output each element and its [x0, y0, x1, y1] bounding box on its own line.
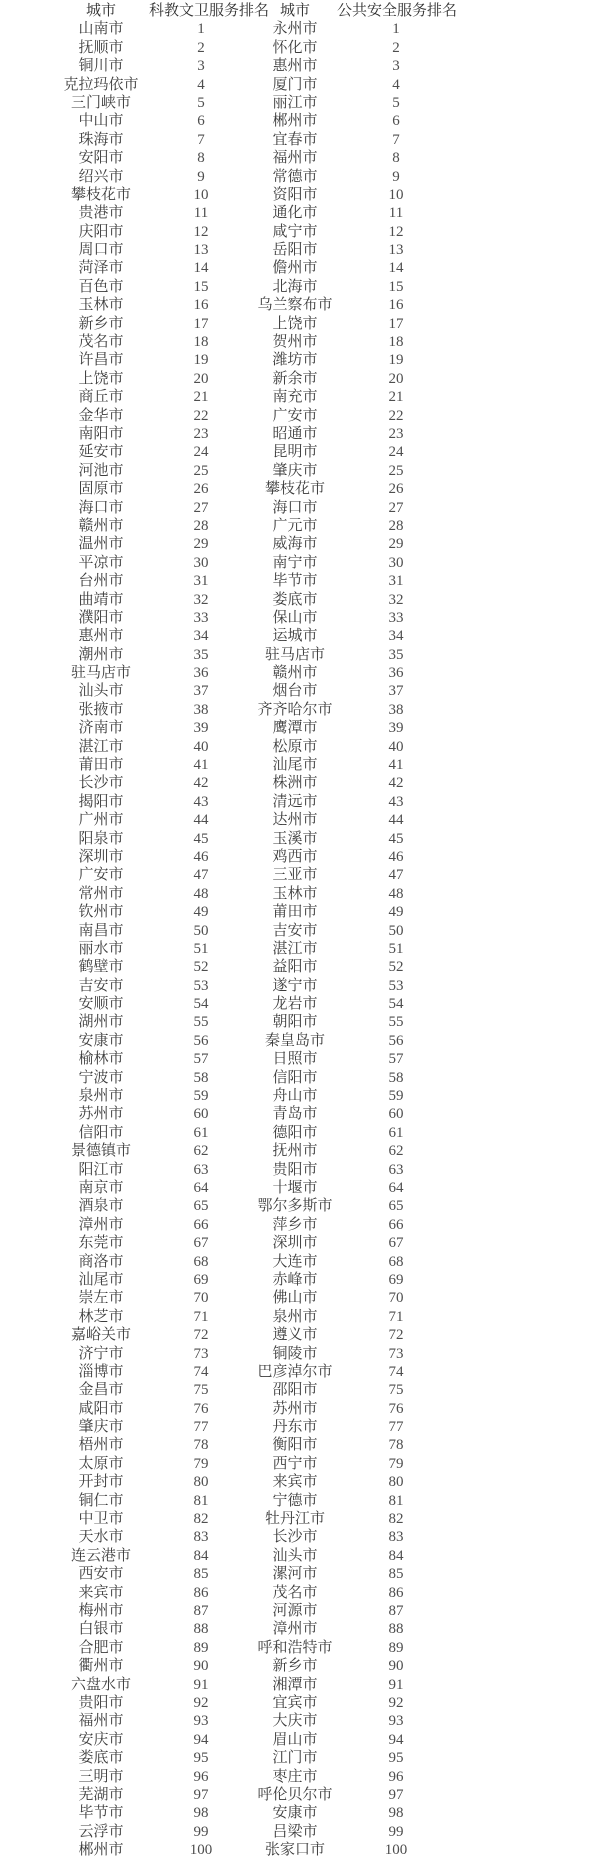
city-left-cell: 漳州市 [53, 1216, 149, 1234]
public-safety-rank-cell: 31 [337, 572, 455, 590]
table-row: 常州市 48 玉林市 48 [53, 885, 600, 903]
city-left-cell: 云浮市 [53, 1823, 149, 1841]
sci-edu-rank-cell: 17 [149, 315, 253, 333]
sci-edu-rank-cell: 87 [149, 1602, 253, 1620]
city-right-cell: 枣庄市 [253, 1768, 337, 1786]
city-left-cell: 嘉峪关市 [53, 1326, 149, 1344]
sci-edu-rank-cell: 16 [149, 296, 253, 314]
city-right-cell: 湛江市 [253, 940, 337, 958]
sci-edu-rank-cell: 25 [149, 462, 253, 480]
public-safety-rank-cell: 70 [337, 1289, 455, 1307]
table-row: 南阳市 23 昭通市 23 [53, 425, 600, 443]
sci-edu-rank-cell: 9 [149, 168, 253, 186]
table-row: 漳州市 66 萍乡市 66 [53, 1216, 600, 1234]
city-left-cell: 山南市 [53, 20, 149, 38]
city-left-cell: 南昌市 [53, 922, 149, 940]
city-left-cell: 上饶市 [53, 370, 149, 388]
table-row: 济宁市 73 铜陵市 73 [53, 1345, 600, 1363]
sci-edu-rank-cell: 44 [149, 811, 253, 829]
city-right-cell: 昭通市 [253, 425, 337, 443]
table-row: 贵港市 11 通化市 11 [53, 204, 600, 222]
sci-edu-rank-cell: 11 [149, 204, 253, 222]
city-left-cell: 苏州市 [53, 1105, 149, 1123]
public-safety-rank-cell: 81 [337, 1492, 455, 1510]
public-safety-rank-cell: 63 [337, 1161, 455, 1179]
sci-edu-rank-cell: 81 [149, 1492, 253, 1510]
city-ranking-table: 城市 科教文卫服务排名 城市 公共安全服务排名 山南市 1 永州市 1 抚顺市 … [0, 0, 600, 1864]
city-left-cell: 贵阳市 [53, 1694, 149, 1712]
city-left-cell: 济南市 [53, 719, 149, 737]
public-safety-rank-cell: 26 [337, 480, 455, 498]
sci-edu-rank-cell: 93 [149, 1712, 253, 1730]
sci-edu-rank-cell: 60 [149, 1105, 253, 1123]
city-right-cell: 龙岩市 [253, 995, 337, 1013]
city-left-cell: 铜仁市 [53, 1492, 149, 1510]
table-row: 福州市 93 大庆市 93 [53, 1712, 600, 1730]
city-right-cell: 江门市 [253, 1749, 337, 1767]
city-right-cell: 张家口市 [253, 1841, 337, 1859]
table-row: 梧州市 78 衡阳市 78 [53, 1436, 600, 1454]
sci-edu-rank-cell: 73 [149, 1345, 253, 1363]
public-safety-rank-cell: 17 [337, 315, 455, 333]
sci-edu-rank-cell: 75 [149, 1381, 253, 1399]
sci-edu-rank-cell: 77 [149, 1418, 253, 1436]
table-header-row: 城市 科教文卫服务排名 城市 公共安全服务排名 [53, 2, 600, 20]
city-left-cell: 攀枝花市 [53, 186, 149, 204]
city-left-cell: 三门峡市 [53, 94, 149, 112]
public-safety-rank-cell: 59 [337, 1087, 455, 1105]
sci-edu-rank-cell: 69 [149, 1271, 253, 1289]
city-left-cell: 福州市 [53, 1712, 149, 1730]
city-left-cell: 阳泉市 [53, 830, 149, 848]
city-left-cell: 台州市 [53, 572, 149, 590]
public-safety-rank-cell: 14 [337, 259, 455, 277]
public-safety-rank-cell: 23 [337, 425, 455, 443]
sci-edu-rank-cell: 31 [149, 572, 253, 590]
city-right-cell: 来宾市 [253, 1473, 337, 1491]
sci-edu-rank-cell: 91 [149, 1676, 253, 1694]
public-safety-rank-cell: 44 [337, 811, 455, 829]
table-row: 许昌市 19 潍坊市 19 [53, 351, 600, 369]
public-safety-rank-cell: 78 [337, 1436, 455, 1454]
table-row: 安顺市 54 龙岩市 54 [53, 995, 600, 1013]
table-row: 克拉玛依市 4 厦门市 4 [53, 76, 600, 94]
sci-edu-rank-cell: 4 [149, 76, 253, 94]
sci-edu-rank-cell: 6 [149, 112, 253, 130]
city-right-cell: 日照市 [253, 1050, 337, 1068]
public-safety-rank-cell: 41 [337, 756, 455, 774]
city-left-cell: 济宁市 [53, 1345, 149, 1363]
public-safety-rank-cell: 100 [337, 1841, 455, 1859]
public-safety-rank-cell: 40 [337, 738, 455, 756]
city-left-cell: 长沙市 [53, 774, 149, 792]
sci-edu-rank-cell: 18 [149, 333, 253, 351]
table-row: 周口市 13 岳阳市 13 [53, 241, 600, 259]
city-right-cell: 娄底市 [253, 591, 337, 609]
sci-edu-rank-cell: 78 [149, 1436, 253, 1454]
public-safety-rank-cell: 6 [337, 112, 455, 130]
table-row: 贵阳市 92 宜宾市 92 [53, 1694, 600, 1712]
table-row: 茂名市 18 贺州市 18 [53, 333, 600, 351]
city-right-cell: 玉溪市 [253, 830, 337, 848]
table-row: 太原市 79 西宁市 79 [53, 1455, 600, 1473]
sci-edu-rank-cell: 36 [149, 664, 253, 682]
city-left-cell: 榆林市 [53, 1050, 149, 1068]
table-row: 庆阳市 12 咸宁市 12 [53, 223, 600, 241]
city-right-cell: 遂宁市 [253, 977, 337, 995]
city-left-cell: 揭阳市 [53, 793, 149, 811]
public-safety-rank-cell: 88 [337, 1620, 455, 1638]
table-row: 济南市 39 鹰潭市 39 [53, 719, 600, 737]
table-row: 娄底市 95 江门市 95 [53, 1749, 600, 1767]
sci-edu-rank-cell: 37 [149, 682, 253, 700]
table-row: 菏泽市 14 儋州市 14 [53, 259, 600, 277]
city-right-cell: 儋州市 [253, 259, 337, 277]
public-safety-rank-cell: 18 [337, 333, 455, 351]
city-left-cell: 阳江市 [53, 1161, 149, 1179]
public-safety-rank-cell: 67 [337, 1234, 455, 1252]
public-safety-rank-cell: 51 [337, 940, 455, 958]
sci-edu-rank-cell: 45 [149, 830, 253, 848]
city-left-cell: 安康市 [53, 1032, 149, 1050]
sci-edu-rank-cell: 56 [149, 1032, 253, 1050]
table-row: 潮州市 35 驻马店市 35 [53, 646, 600, 664]
table-row: 上饶市 20 新余市 20 [53, 370, 600, 388]
sci-edu-rank-cell: 1 [149, 20, 253, 38]
sci-edu-rank-cell: 90 [149, 1657, 253, 1675]
table-row: 衢州市 90 新乡市 90 [53, 1657, 600, 1675]
city-right-cell: 十堰市 [253, 1179, 337, 1197]
sci-edu-rank-cell: 79 [149, 1455, 253, 1473]
table-row: 赣州市 28 广元市 28 [53, 517, 600, 535]
city-right-cell: 玉林市 [253, 885, 337, 903]
city-right-cell: 呼和浩特市 [253, 1639, 337, 1657]
public-safety-rank-cell: 12 [337, 223, 455, 241]
table-row: 中山市 6 郴州市 6 [53, 112, 600, 130]
table-row: 安阳市 8 福州市 8 [53, 149, 600, 167]
city-right-cell: 泉州市 [253, 1308, 337, 1326]
public-safety-rank-cell: 52 [337, 958, 455, 976]
city-right-cell: 驻马店市 [253, 646, 337, 664]
public-safety-rank-cell: 96 [337, 1768, 455, 1786]
sci-edu-rank-cell: 70 [149, 1289, 253, 1307]
city-left-cell: 玉林市 [53, 296, 149, 314]
city-right-cell: 岳阳市 [253, 241, 337, 259]
city-right-cell: 昆明市 [253, 443, 337, 461]
public-safety-rank-cell: 4 [337, 76, 455, 94]
city-left-cell: 安顺市 [53, 995, 149, 1013]
sci-edu-rank-cell: 74 [149, 1363, 253, 1381]
public-safety-rank-cell: 33 [337, 609, 455, 627]
city-left-cell: 抚顺市 [53, 39, 149, 57]
public-safety-rank-cell: 54 [337, 995, 455, 1013]
table-row: 中卫市 82 牡丹江市 82 [53, 1510, 600, 1528]
table-row: 林芝市 71 泉州市 71 [53, 1308, 600, 1326]
public-safety-rank-cell: 55 [337, 1013, 455, 1031]
city-left-cell: 淄博市 [53, 1363, 149, 1381]
city-right-cell: 资阳市 [253, 186, 337, 204]
public-safety-rank-cell: 36 [337, 664, 455, 682]
public-safety-rank-cell: 3 [337, 57, 455, 75]
sci-edu-rank-cell: 65 [149, 1197, 253, 1215]
public-safety-rank-cell: 64 [337, 1179, 455, 1197]
table-row: 广安市 47 三亚市 47 [53, 866, 600, 884]
public-safety-rank-cell: 20 [337, 370, 455, 388]
city-right-cell: 舟山市 [253, 1087, 337, 1105]
public-safety-rank-cell: 99 [337, 1823, 455, 1841]
table-row: 河池市 25 肇庆市 25 [53, 462, 600, 480]
table-row: 安庆市 94 眉山市 94 [53, 1731, 600, 1749]
city-left-cell: 驻马店市 [53, 664, 149, 682]
city-right-cell: 抚州市 [253, 1142, 337, 1160]
city-left-cell: 固原市 [53, 480, 149, 498]
city-right-cell: 齐齐哈尔市 [253, 701, 337, 719]
table-row: 湛江市 40 松原市 40 [53, 738, 600, 756]
city-left-cell: 安阳市 [53, 149, 149, 167]
city-right-cell: 青岛市 [253, 1105, 337, 1123]
sci-edu-rank-cell: 82 [149, 1510, 253, 1528]
sci-edu-rank-cell: 47 [149, 866, 253, 884]
public-safety-rank-cell: 27 [337, 499, 455, 517]
city-right-cell: 新余市 [253, 370, 337, 388]
city-right-cell: 达州市 [253, 811, 337, 829]
city-left-cell: 中山市 [53, 112, 149, 130]
city-right-cell: 株洲市 [253, 774, 337, 792]
city-right-cell: 运城市 [253, 627, 337, 645]
public-safety-rank-cell: 24 [337, 443, 455, 461]
sci-edu-rank-cell: 29 [149, 535, 253, 553]
table-row: 三门峡市 5 丽江市 5 [53, 94, 600, 112]
table-row: 铜仁市 81 宁德市 81 [53, 1492, 600, 1510]
city-left-cell: 安庆市 [53, 1731, 149, 1749]
city-right-cell: 新乡市 [253, 1657, 337, 1675]
city-right-cell: 鹰潭市 [253, 719, 337, 737]
public-safety-rank-cell: 1 [337, 20, 455, 38]
public-safety-rank-cell: 84 [337, 1547, 455, 1565]
table-row: 驻马店市 36 赣州市 36 [53, 664, 600, 682]
table-row: 珠海市 7 宜春市 7 [53, 131, 600, 149]
public-safety-rank-cell: 47 [337, 866, 455, 884]
city-left-cell: 开封市 [53, 1473, 149, 1491]
city-left-cell: 新乡市 [53, 315, 149, 333]
city-right-cell: 河源市 [253, 1602, 337, 1620]
sci-edu-rank-cell: 50 [149, 922, 253, 940]
table-row: 天水市 83 长沙市 83 [53, 1528, 600, 1546]
table-row: 三明市 96 枣庄市 96 [53, 1768, 600, 1786]
city-left-cell: 惠州市 [53, 627, 149, 645]
city-right-cell: 汕头市 [253, 1547, 337, 1565]
city-right-cell: 眉山市 [253, 1731, 337, 1749]
sci-edu-rank-cell: 80 [149, 1473, 253, 1491]
public-safety-rank-cell: 97 [337, 1786, 455, 1804]
sci-edu-rank-cell: 84 [149, 1547, 253, 1565]
sci-edu-rank-cell: 21 [149, 388, 253, 406]
public-safety-rank-cell: 60 [337, 1105, 455, 1123]
city-right-cell: 潍坊市 [253, 351, 337, 369]
sci-edu-rank-cell: 62 [149, 1142, 253, 1160]
table-row: 深圳市 46 鸡西市 46 [53, 848, 600, 866]
table-row: 曲靖市 32 娄底市 32 [53, 591, 600, 609]
header-public-safety-rank: 公共安全服务排名 [337, 2, 455, 20]
city-left-cell: 合肥市 [53, 1639, 149, 1657]
city-left-cell: 潮州市 [53, 646, 149, 664]
city-right-cell: 丽江市 [253, 94, 337, 112]
city-left-cell: 张掖市 [53, 701, 149, 719]
sci-edu-rank-cell: 13 [149, 241, 253, 259]
city-left-cell: 商洛市 [53, 1253, 149, 1271]
public-safety-rank-cell: 85 [337, 1565, 455, 1583]
table-row: 榆林市 57 日照市 57 [53, 1050, 600, 1068]
city-left-cell: 金昌市 [53, 1381, 149, 1399]
city-left-cell: 咸阳市 [53, 1400, 149, 1418]
city-left-cell: 中卫市 [53, 1510, 149, 1528]
city-left-cell: 娄底市 [53, 1749, 149, 1767]
city-right-cell: 郴州市 [253, 112, 337, 130]
public-safety-rank-cell: 21 [337, 388, 455, 406]
public-safety-rank-cell: 95 [337, 1749, 455, 1767]
header-sci-edu-culture-health-rank: 科教文卫服务排名 [149, 2, 253, 20]
sci-edu-rank-cell: 76 [149, 1400, 253, 1418]
sci-edu-rank-cell: 52 [149, 958, 253, 976]
city-right-cell: 常德市 [253, 168, 337, 186]
public-safety-rank-cell: 16 [337, 296, 455, 314]
city-right-cell: 南充市 [253, 388, 337, 406]
city-left-cell: 珠海市 [53, 131, 149, 149]
table-row: 鹤壁市 52 益阳市 52 [53, 958, 600, 976]
table-row: 百色市 15 北海市 15 [53, 278, 600, 296]
city-right-cell: 威海市 [253, 535, 337, 553]
sci-edu-rank-cell: 27 [149, 499, 253, 517]
city-left-cell: 景德镇市 [53, 1142, 149, 1160]
table-row: 连云港市 84 汕头市 84 [53, 1547, 600, 1565]
city-right-cell: 丹东市 [253, 1418, 337, 1436]
public-safety-rank-cell: 32 [337, 591, 455, 609]
sci-edu-rank-cell: 100 [149, 1841, 253, 1859]
city-right-cell: 漳州市 [253, 1620, 337, 1638]
city-left-cell: 崇左市 [53, 1289, 149, 1307]
table-row: 宁波市 58 信阳市 58 [53, 1069, 600, 1087]
city-right-cell: 佛山市 [253, 1289, 337, 1307]
sci-edu-rank-cell: 85 [149, 1565, 253, 1583]
sci-edu-rank-cell: 46 [149, 848, 253, 866]
sci-edu-rank-cell: 8 [149, 149, 253, 167]
sci-edu-rank-cell: 26 [149, 480, 253, 498]
public-safety-rank-cell: 8 [337, 149, 455, 167]
city-right-cell: 深圳市 [253, 1234, 337, 1252]
sci-edu-rank-cell: 54 [149, 995, 253, 1013]
table-row: 张掖市 38 齐齐哈尔市 38 [53, 701, 600, 719]
public-safety-rank-cell: 38 [337, 701, 455, 719]
city-right-cell: 安康市 [253, 1804, 337, 1822]
table-row: 濮阳市 33 保山市 33 [53, 609, 600, 627]
table-row: 汕尾市 69 赤峰市 69 [53, 1271, 600, 1289]
header-city-right: 城市 [253, 2, 337, 20]
public-safety-rank-cell: 76 [337, 1400, 455, 1418]
city-left-cell: 林芝市 [53, 1308, 149, 1326]
table-row: 梅州市 87 河源市 87 [53, 1602, 600, 1620]
city-left-cell: 绍兴市 [53, 168, 149, 186]
public-safety-rank-cell: 86 [337, 1584, 455, 1602]
city-left-cell: 平凉市 [53, 554, 149, 572]
sci-edu-rank-cell: 48 [149, 885, 253, 903]
city-left-cell: 鹤壁市 [53, 958, 149, 976]
city-left-cell: 贵港市 [53, 204, 149, 222]
table-row: 阳泉市 45 玉溪市 45 [53, 830, 600, 848]
public-safety-rank-cell: 90 [337, 1657, 455, 1675]
table-row: 商洛市 68 大连市 68 [53, 1253, 600, 1271]
public-safety-rank-cell: 11 [337, 204, 455, 222]
city-left-cell: 莆田市 [53, 756, 149, 774]
table-row: 长沙市 42 株洲市 42 [53, 774, 600, 792]
table-row: 酒泉市 65 鄂尔多斯市 65 [53, 1197, 600, 1215]
public-safety-rank-cell: 93 [337, 1712, 455, 1730]
table-row: 阳江市 63 贵阳市 63 [53, 1161, 600, 1179]
public-safety-rank-cell: 91 [337, 1676, 455, 1694]
city-left-cell: 濮阳市 [53, 609, 149, 627]
table-row: 淄博市 74 巴彦淖尔市 74 [53, 1363, 600, 1381]
sci-edu-rank-cell: 71 [149, 1308, 253, 1326]
city-right-cell: 牡丹江市 [253, 1510, 337, 1528]
sci-edu-rank-cell: 58 [149, 1069, 253, 1087]
public-safety-rank-cell: 83 [337, 1528, 455, 1546]
sci-edu-rank-cell: 57 [149, 1050, 253, 1068]
table-row: 嘉峪关市 72 遵义市 72 [53, 1326, 600, 1344]
table-row: 丽水市 51 湛江市 51 [53, 940, 600, 958]
city-right-cell: 惠州市 [253, 57, 337, 75]
public-safety-rank-cell: 62 [337, 1142, 455, 1160]
city-left-cell: 延安市 [53, 443, 149, 461]
public-safety-rank-cell: 34 [337, 627, 455, 645]
public-safety-rank-cell: 82 [337, 1510, 455, 1528]
sci-edu-rank-cell: 72 [149, 1326, 253, 1344]
public-safety-rank-cell: 25 [337, 462, 455, 480]
sci-edu-rank-cell: 28 [149, 517, 253, 535]
public-safety-rank-cell: 98 [337, 1804, 455, 1822]
sci-edu-rank-cell: 63 [149, 1161, 253, 1179]
city-left-cell: 钦州市 [53, 903, 149, 921]
sci-edu-rank-cell: 22 [149, 407, 253, 425]
city-left-cell: 连云港市 [53, 1547, 149, 1565]
city-right-cell: 毕节市 [253, 572, 337, 590]
public-safety-rank-cell: 42 [337, 774, 455, 792]
table-row: 开封市 80 来宾市 80 [53, 1473, 600, 1491]
city-left-cell: 太原市 [53, 1455, 149, 1473]
table-row: 白银市 88 漳州市 88 [53, 1620, 600, 1638]
public-safety-rank-cell: 13 [337, 241, 455, 259]
city-right-cell: 厦门市 [253, 76, 337, 94]
table-row: 金昌市 75 邵阳市 75 [53, 1381, 600, 1399]
public-safety-rank-cell: 43 [337, 793, 455, 811]
table-row: 苏州市 60 青岛市 60 [53, 1105, 600, 1123]
city-left-cell: 茂名市 [53, 333, 149, 351]
table-row: 惠州市 34 运城市 34 [53, 627, 600, 645]
public-safety-rank-cell: 61 [337, 1124, 455, 1142]
sci-edu-rank-cell: 2 [149, 39, 253, 57]
sci-edu-rank-cell: 92 [149, 1694, 253, 1712]
sci-edu-rank-cell: 51 [149, 940, 253, 958]
city-right-cell: 赤峰市 [253, 1271, 337, 1289]
sci-edu-rank-cell: 23 [149, 425, 253, 443]
city-right-cell: 南宁市 [253, 554, 337, 572]
public-safety-rank-cell: 89 [337, 1639, 455, 1657]
public-safety-rank-cell: 73 [337, 1345, 455, 1363]
city-left-cell: 商丘市 [53, 388, 149, 406]
sci-edu-rank-cell: 32 [149, 591, 253, 609]
table-row: 崇左市 70 佛山市 70 [53, 1289, 600, 1307]
public-safety-rank-cell: 45 [337, 830, 455, 848]
city-right-cell: 漯河市 [253, 1565, 337, 1583]
city-left-cell: 肇庆市 [53, 1418, 149, 1436]
